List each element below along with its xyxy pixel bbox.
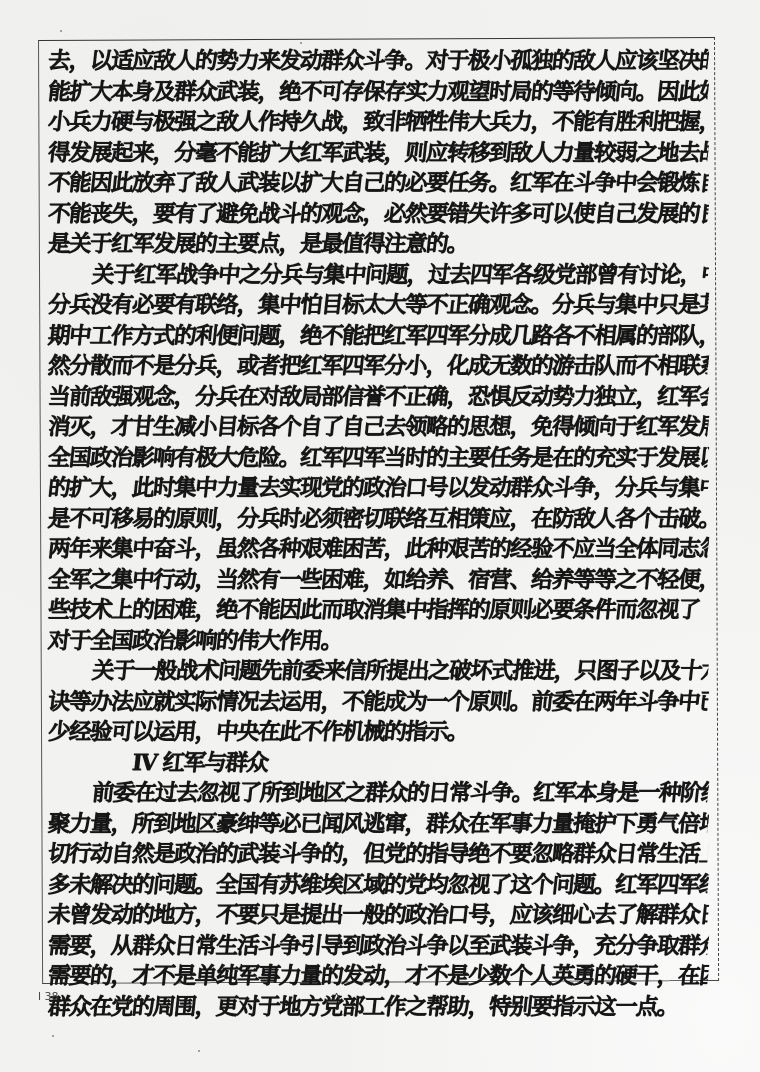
- text-line-12: 当前敌强观念，分兵在对敌局部信誉不正确，恐惧反动势力独立，红军会被要: [46, 382, 709, 413]
- text-line-16: 是不可移易的原则，分兵时必须密切联络互相策应，在防敌人各个击破。红军四军: [46, 504, 709, 535]
- text-line-32: 群众在党的周围，更对于地方党部工作之帮助，特别要指示这一点。: [46, 992, 709, 1023]
- text-line-4: 得发展起来，分毫不能扩大红军武装，则应转移到敌人力量较弱之地去战争，但决失: [46, 138, 709, 169]
- text-line-13: 消灭，才甘生减小目标各个自了自己去领略的思想，免得倾向于红军发展而对: [46, 412, 709, 443]
- text-line-17: 两年来集中奋斗，虽然各种艰难困苦，此种艰苦的经验不应当全体同志忽视。至于: [46, 534, 709, 565]
- text-line-15: 的扩大，此时集中力量去实现党的政治口号以发动群众斗争，分兵与集中指导: [46, 473, 709, 504]
- text-line-29: 未曾发动的地方，不要只是提出一般的政治口号，应该细心去了解群众日常生活的: [46, 900, 709, 931]
- scan-speck: [198, 1050, 200, 1052]
- section-heading: Ⅳ 红军与群众: [46, 748, 709, 779]
- text-line-10: 期中工作方式的利便问题，绝不能把红军四军分成几路各不相属的部队，使其截: [46, 321, 709, 352]
- text-line-11: 然分散而不是分兵，或者把红军四军分小，化成无数的游击队而不相联系，因着: [46, 351, 709, 382]
- text-line-5: 不能因此放弃了敌人武装以扩大自己的必要任务。红军在斗争中会锻炼自己绝: [46, 168, 709, 199]
- footer-mark: ·Λ·: [330, 992, 343, 1003]
- text-line-23: 少经验可以运用，中央在此不作机械的指示。: [46, 717, 709, 748]
- paragraph-start-line-21: 关于一般战术问题先前委来信所提出之破坏式推进，只图子以及十六字: [46, 656, 709, 687]
- text-line-9: 分兵没有必要有联络，集中怕目标太大等不正确观念。分兵与集中只是某一个时: [46, 290, 709, 321]
- page-margin-mark: l 38: [38, 990, 59, 1003]
- text-line-18: 全军之集中行动，当然有一些困难，如给养、宿营、给养等等之不轻便，根本大部分是一: [46, 565, 709, 596]
- text-line-31: 需要的，才不是单纯军事力量的发动，才不是少数个人英勇的硬干，在团结广大的: [46, 961, 709, 992]
- handwritten-text-block: 去，以适应敌人的势力来发动群众斗争。对于极小孤独的敌人应该坚决的去消灭他，并为此…: [48, 46, 708, 1022]
- text-line-20: 对于全国政治影响的伟大作用。: [46, 626, 709, 657]
- text-line-28: 多未解决的问题。全国有苏维埃区域的党均忽视了这个问题。红军四军经过许多群众: [46, 870, 709, 901]
- text-line-1: 去，以适应敌人的势力来发动群众斗争。对于极小孤独的敌人应该坚决的去消灭他，并为此…: [46, 46, 709, 77]
- text-line-26: 聚力量，所到地区豪绅等必已闻风逃窜，群众在军事力量掩护下勇气倍增，一: [46, 809, 709, 840]
- text-line-7: 是关于红军发展的主要点，是最值得注意的。: [46, 229, 709, 260]
- text-line-19: 些技术上的困难，绝不能因此而取消集中指挥的原则必要条件而忽视了: [46, 595, 709, 626]
- scanned-page: 去，以适应敌人的势力来发动群众斗争。对于极小孤独的敌人应该坚决的去消灭他，并为此…: [0, 0, 760, 1072]
- text-line-22: 诀等办法应就实际情况去运用，不能成为一个原则。前委在两年斗争中已有不: [46, 687, 709, 718]
- text-line-6: 不能丧失，要有了避免战斗的观念，必然要错失许多可以使自己发展的良机，这: [46, 199, 709, 230]
- text-line-14: 全国政治影响有极大危险。红军四军当时的主要任务是在的充实于发展以扩大本身: [46, 443, 709, 474]
- text-line-3: 小兵力硬与极强之敌人作持久战，致非牺牲伟大兵力，不能有胜利把握，而敌人可: [46, 107, 709, 138]
- paragraph-start-line-25: 前委在过去忽视了所到地区之群众的日常斗争。红军本身是一种阶级的集: [46, 778, 709, 809]
- text-line-27: 切行动自然是政治的武装斗争的，但党的指导绝不要忽略群众日常生活上许: [46, 839, 709, 870]
- scan-speck: [60, 30, 62, 32]
- paragraph-start-line-8: 关于红军战争中之分兵与集中问题，过去四军各级党部曾有讨论，中间有分散红军，: [46, 260, 709, 291]
- text-line-30: 需要，从群众日常生活斗争引导到政治斗争以至武装斗争，充分争取群众所: [46, 931, 709, 962]
- scan-speck: [300, 42, 302, 44]
- text-line-2: 能扩大本身及群众武装，绝不可存保存实力观望时局的等待倾向。因此如不能以极: [46, 77, 709, 108]
- scan-speck: [52, 1035, 54, 1037]
